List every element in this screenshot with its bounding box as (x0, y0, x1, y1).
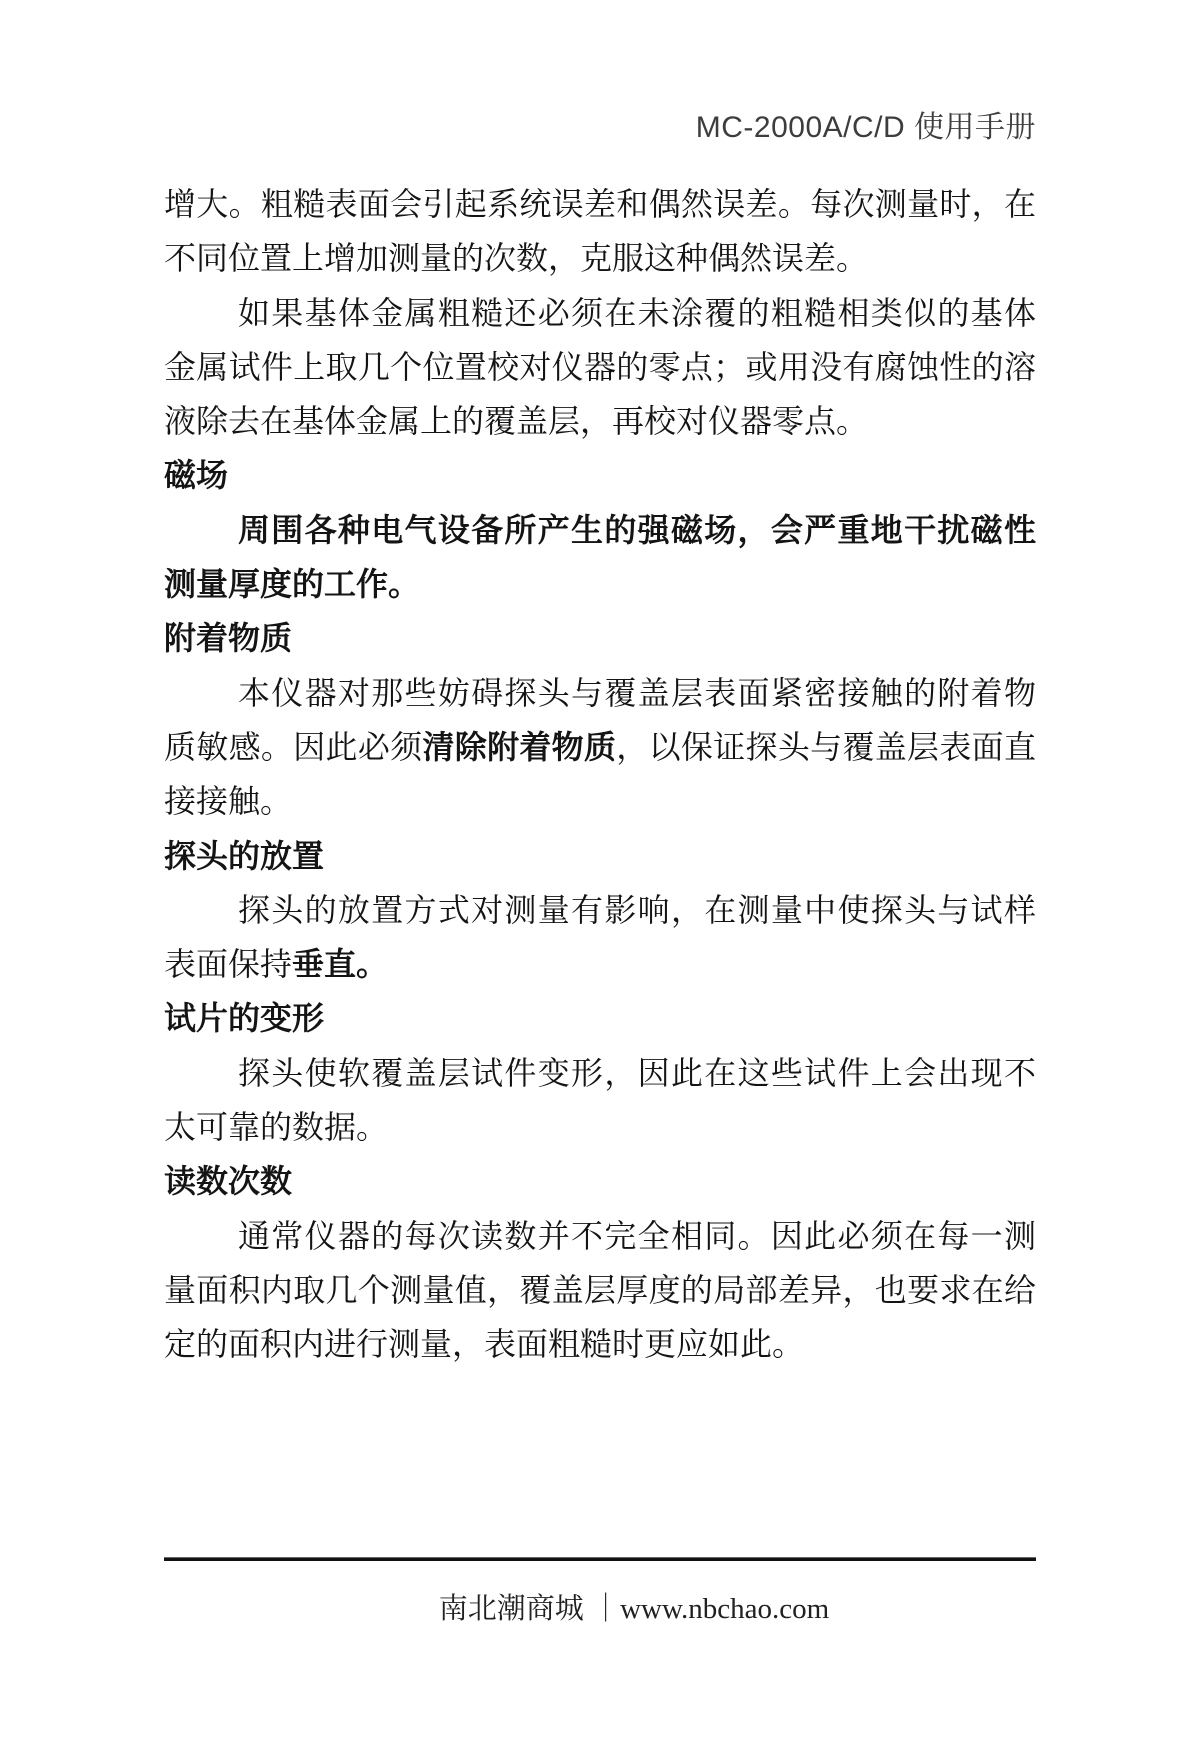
text-run: 增大。粗糙表面会引起系统误差和偶然误差。每次测量时，在不同位置上增加测量的次数，… (164, 186, 1036, 276)
bold-text-run: 附着物质 (164, 620, 292, 656)
bold-text-run: 磁场 (164, 457, 228, 493)
paragraph: 周围各种电气设备所产生的强磁场，会严重地干扰磁性测量厚度的工作。 (164, 503, 1036, 612)
footer-brand: 南北潮商城 (439, 1593, 584, 1625)
section-heading: 附着物质 (164, 611, 1036, 665)
manual-page: MC-2000A/C/D 使用手册 增大。粗糙表面会引起系统误差和偶然误差。每次… (0, 0, 1200, 1740)
text-run: 通常仪器的每次读数并不完全相同。因此必须在每一测量面积内取几个测量值，覆盖层厚度… (164, 1218, 1036, 1363)
paragraph: 通常仪器的每次读数并不完全相同。因此必须在每一测量面积内取几个测量值，覆盖层厚度… (164, 1209, 1036, 1372)
section-heading: 读数次数 (164, 1154, 1036, 1208)
paragraph: 增大。粗糙表面会引起系统误差和偶然误差。每次测量时，在不同位置上增加测量的次数，… (164, 177, 1036, 286)
bold-text-run: 读数次数 (164, 1163, 292, 1199)
bold-text-run: 周围各种电气设备所产生的强磁场，会严重地干扰磁性测量厚度的工作。 (164, 512, 1036, 602)
page-header-title: MC-2000A/C/D 使用手册 (164, 104, 1036, 152)
bold-text-run: 垂直。 (292, 946, 388, 982)
document-body: 增大。粗糙表面会引起系统误差和偶然误差。每次测量时，在不同位置上增加测量的次数，… (164, 177, 1036, 1372)
paragraph: 本仪器对那些妨碍探头与覆盖层表面紧密接触的附着物质敏感。因此必须清除附着物质，以… (164, 666, 1036, 829)
bold-text-run: 探头的放置 (164, 838, 324, 874)
section-heading: 探头的放置 (164, 829, 1036, 883)
text-run: 如果基体金属粗糙还必须在未涂覆的粗糙相类似的基体金属试件上取几个位置校对仪器的零… (164, 295, 1036, 440)
footer-separator: ｜ (584, 1593, 620, 1625)
paragraph: 探头使软覆盖层试件变形，因此在这些试件上会出现不太可靠的数据。 (164, 1046, 1036, 1155)
footer-rule (164, 1557, 1036, 1561)
text-run: 探头使软覆盖层试件变形，因此在这些试件上会出现不太可靠的数据。 (164, 1055, 1036, 1145)
section-heading: 试片的变形 (164, 991, 1036, 1045)
footer-url: www.nbchao.com (620, 1593, 829, 1625)
paragraph: 如果基体金属粗糙还必须在未涂覆的粗糙相类似的基体金属试件上取几个位置校对仪器的零… (164, 286, 1036, 449)
footer-text: 南北潮商城 ｜www.nbchao.com (34, 1589, 1200, 1629)
bold-text-run: 试片的变形 (164, 1000, 324, 1036)
bold-text-run: 清除附着物质 (422, 729, 616, 765)
section-heading: 磁场 (164, 448, 1036, 502)
paragraph: 探头的放置方式对测量有影响，在测量中使探头与试样表面保持垂直。 (164, 883, 1036, 992)
